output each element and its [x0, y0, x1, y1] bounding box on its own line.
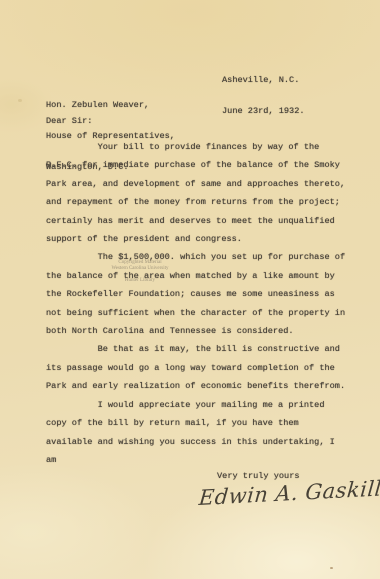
recipient-name: Hon. Zebulen Weaver,	[46, 100, 175, 110]
letter-body: Your bill to provide finances by way of …	[46, 138, 345, 469]
scanned-letter-page: Asheville, N.C. June 23rd, 1932. Hon. Ze…	[0, 0, 380, 579]
paragraph-3: Be that as it may, the bill is construct…	[46, 340, 345, 395]
salutation: Dear Sir:	[46, 116, 92, 126]
handwritten-signature: Edwin A. Gaskill	[198, 477, 380, 511]
paragraph-2: The $1,500,000. which you set up for pur…	[46, 248, 345, 340]
dateline-city: Asheville, N.C.	[222, 75, 305, 85]
paragraph-1: Your bill to provide finances by way of …	[46, 138, 345, 248]
paper-stain	[330, 567, 333, 569]
paper-stain	[18, 99, 22, 102]
dateline-date: June 23rd, 1932.	[222, 106, 305, 116]
closing-valediction: Very truly yours	[217, 471, 300, 481]
paragraph-4: I would appreciate your mailing me a pri…	[46, 396, 345, 470]
dateline: Asheville, N.C. June 23rd, 1932.	[222, 54, 305, 137]
